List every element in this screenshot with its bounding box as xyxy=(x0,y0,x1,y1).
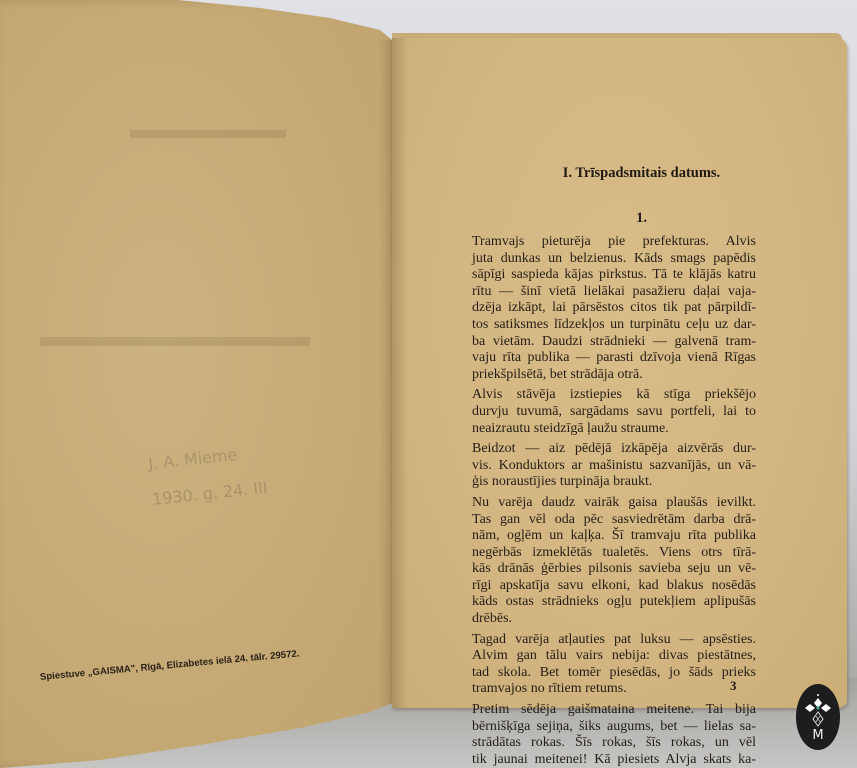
text-line: rīgi apskatīja savu elkoni, kad blakus n… xyxy=(450,578,756,595)
right-page: I. Trīspadsmitais datums. 1. Tramvajs pi… xyxy=(392,38,847,708)
text-line: vis. Konduktors ar mašinistu sazvanījās,… xyxy=(450,458,756,475)
text-line: Tramvajs pieturēja pie prefekturas. Alvi… xyxy=(450,234,756,251)
svg-text:M: M xyxy=(812,728,823,743)
text-line: Tagad varēja atļauties pat luksu — apsēs… xyxy=(450,632,756,649)
text-line: Nu varēja daudz vairāk gaisa plaušās iev… xyxy=(450,495,756,512)
text-line: tramvajos no rītiem retums. xyxy=(450,681,756,698)
paragraph: Tramvajs pieturēja pie prefekturas. Alvi… xyxy=(450,234,756,383)
text-line: nām, ogļēm un kaļķa. Šī tramvaju rīta pu… xyxy=(450,528,756,545)
page-number: 3 xyxy=(730,678,737,694)
section-number: 1. xyxy=(392,210,847,227)
ornament-monogram-icon: M xyxy=(803,691,833,743)
text-line: tad skola. Bet tomēr piesēdās, jo šāds p… xyxy=(450,665,756,682)
chapter-title: I. Trīspadsmitais datums. xyxy=(392,165,847,182)
bleed-through-text: ▬▬▬▬▬▬ xyxy=(130,115,286,145)
text-line: kās drānās ģērbies pilsonis savieba seju… xyxy=(450,561,756,578)
text-line: drēbēs. xyxy=(450,611,756,628)
pencil-inscription: J. A. Mieme 1930. g. 24. III xyxy=(147,434,270,518)
text-line: Pretim sēdēja gaišmataina meitene. Tai b… xyxy=(450,702,756,719)
text-line: ba vietām. Daudzi strādnieki — galvenā t… xyxy=(450,334,756,351)
text-line: juta dunkas un belzienus. Kāds smags pap… xyxy=(450,251,756,268)
text-line: rītu — šinī vietā lielākai pasažieru daļ… xyxy=(450,284,756,301)
paragraph: Pretim sēdēja gaišmataina meitene. Tai b… xyxy=(450,702,756,768)
text-line: tos satiksmes līdzekļos un turpinātu ceļ… xyxy=(450,317,756,334)
text-line: durvju tuvumā, sargādams savu portfeli, … xyxy=(450,404,756,421)
text-line: priekšpilsētā, bet strādāja otrā. xyxy=(450,367,756,384)
text-line: Alvis stāvēja izstiepies kā stīga priekš… xyxy=(450,387,756,404)
text-line: negērbās izmeklētās tualetēs. Viens otrs… xyxy=(450,545,756,562)
text-line: tik jaunai meitenei! Kā piesiets Alvja s… xyxy=(450,752,756,768)
text-line: ģis noraustījies turpināja braukt. xyxy=(450,474,756,491)
text-line: sāpīgi saspieda kājas pirkstus. Tā te kl… xyxy=(450,267,756,284)
text-line: Alvim gan tālu vairs nebija: divas piest… xyxy=(450,648,756,665)
paragraph: Tagad varēja atļauties pat luksu — apsēs… xyxy=(450,632,756,698)
text-line: vaju rīta publika — parasti dzīvoja vien… xyxy=(450,350,756,367)
text-line: strādātas rokas. Šīs rokas, šīs rokas, u… xyxy=(450,735,756,752)
bleed-through-text: ▬▬▬▬▬▬▬▬▬ xyxy=(40,320,310,354)
text-line: dzēja izkāpt, lai pārsēstos citos tik pa… xyxy=(450,300,756,317)
body-text: Tramvajs pieturēja pie prefekturas. Alvi… xyxy=(450,234,756,768)
text-line: neaizrautu steidzīgā ļaužu straume. xyxy=(450,421,756,438)
watermark-badge: M xyxy=(796,684,840,750)
printer-imprint: Spiestuve „GAISMA", Rīgā, Elizabetes iel… xyxy=(40,645,340,683)
paragraph: Beidzot — aiz pēdējā izkāpēja aizvērās d… xyxy=(450,441,756,491)
left-page: ▬▬▬▬▬▬ ▬▬▬▬▬▬▬▬▬ J. A. Mieme 1930. g. 24… xyxy=(0,0,398,768)
text-line: kāds ostas strādnieks ogļu putekļiem apl… xyxy=(450,594,756,611)
paragraph: Alvis stāvēja izstiepies kā stīga priekš… xyxy=(450,387,756,437)
paragraph: Nu varēja daudz vairāk gaisa plaušās iev… xyxy=(450,495,756,628)
text-line: bērnišķīga sejiņa, šiks augums, bet — li… xyxy=(450,719,756,736)
text-line: Tas gan vēl oda pēc sasviedrētām darba d… xyxy=(450,512,756,529)
text-line: Beidzot — aiz pēdējā izkāpēja aizvērās d… xyxy=(450,441,756,458)
